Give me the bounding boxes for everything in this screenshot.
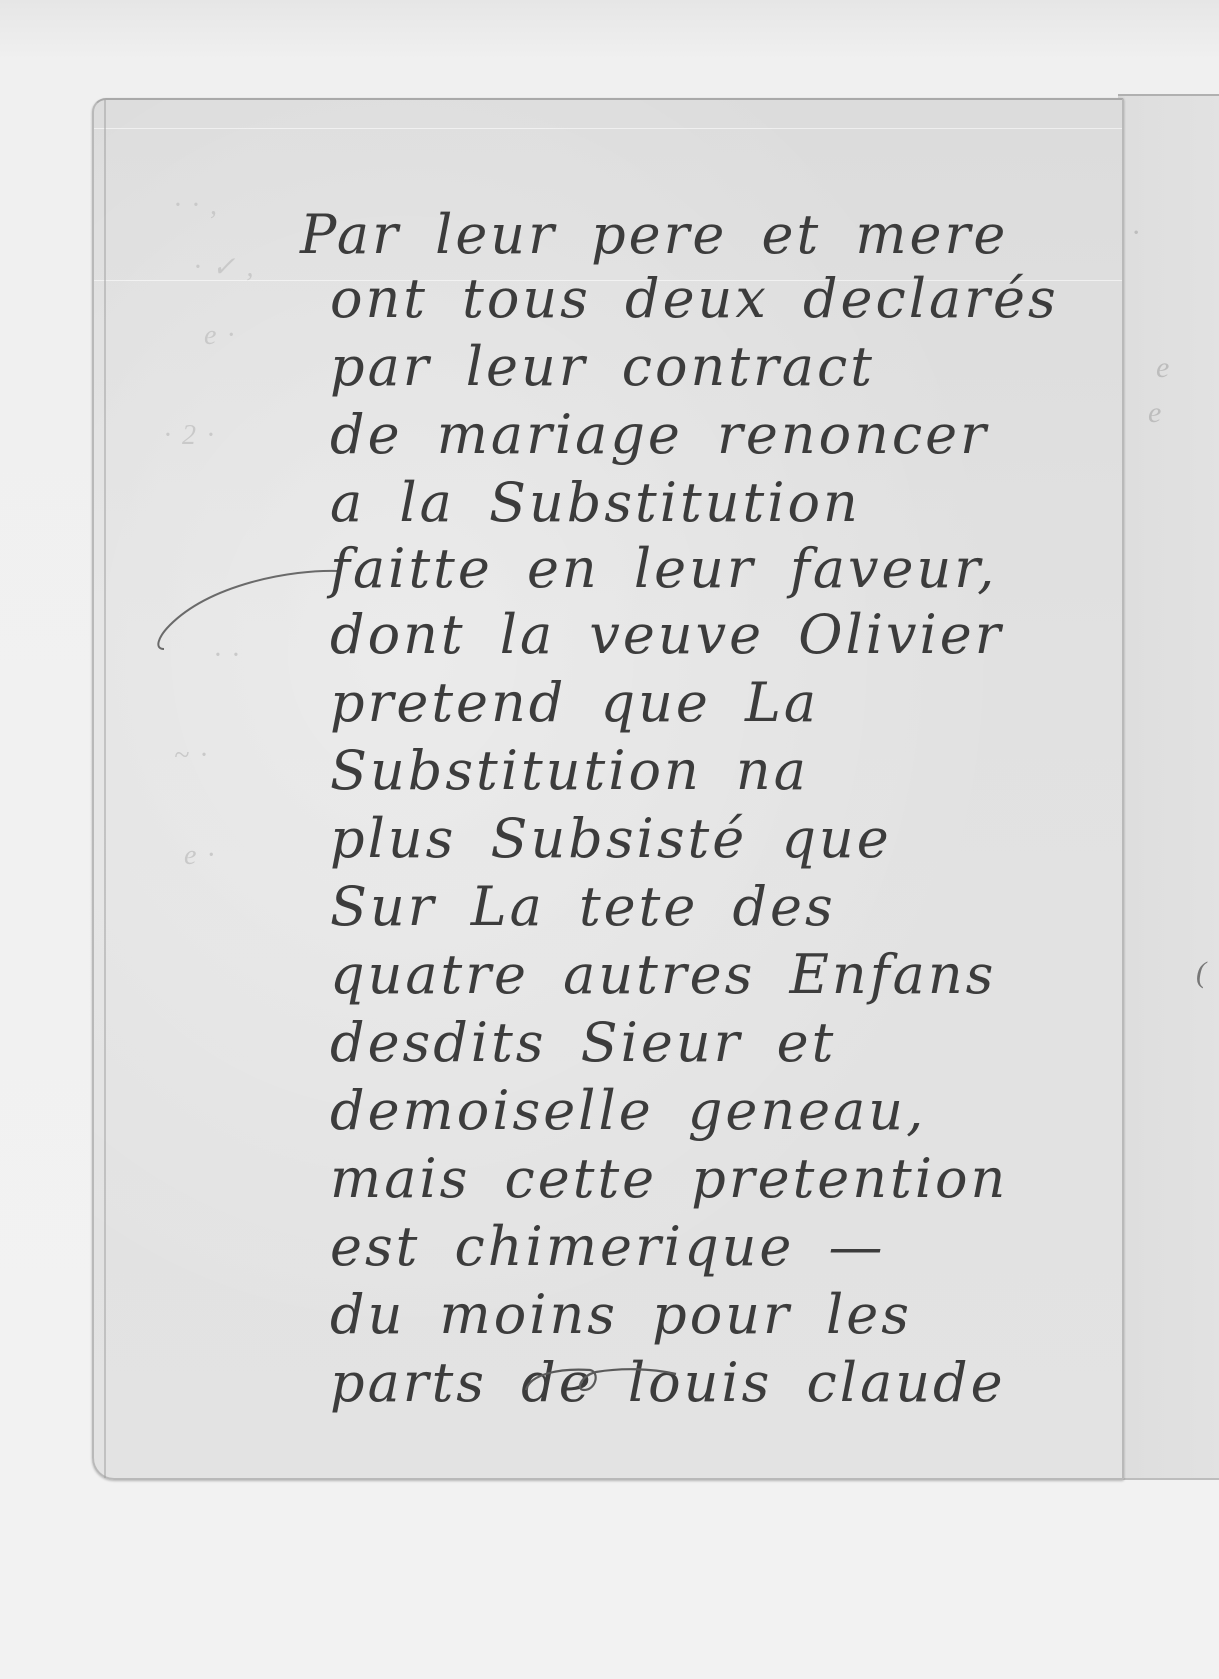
text-line: mais cette pretention xyxy=(330,1152,1008,1206)
bleed-through-mark: e · xyxy=(204,320,236,352)
text-line: Sur La tete des xyxy=(330,880,836,934)
text-line: du moins pour les xyxy=(330,1288,912,1342)
text-line: a la Substitution xyxy=(330,476,861,530)
bleed-through-mark: ~ · xyxy=(174,740,209,772)
text-line: ont tous deux declarés xyxy=(330,272,1059,326)
text-line: dont la veuve Olivier xyxy=(330,608,1004,662)
text-line: pretend que La xyxy=(330,676,819,730)
text-line: quatre autres Enfans xyxy=(330,948,996,1002)
end-flourish-icon xyxy=(520,1362,680,1402)
bleed-through-mark: · · , xyxy=(174,190,219,222)
text-line: demoiselle geneau, xyxy=(330,1084,926,1138)
margin-swash-icon xyxy=(150,565,350,665)
bleed-through-mark: ( xyxy=(1196,956,1206,990)
bleed-through-mark: · xyxy=(1132,216,1140,250)
text-line: de mariage renoncer xyxy=(330,408,989,462)
bleed-through-mark: e · xyxy=(184,840,216,872)
text-line: faitte en leur faveur, xyxy=(330,542,997,596)
text-line: par leur contract xyxy=(330,340,875,394)
adjacent-page-edge: · e e ( xyxy=(1118,94,1219,1480)
bleed-through-mark: · 2 · xyxy=(164,420,216,452)
bleed-through-mark: e xyxy=(1148,396,1161,430)
page-edge-shadow xyxy=(104,100,106,1478)
page-crease xyxy=(94,128,1122,129)
text-line: Par leur pere et mere xyxy=(300,208,1008,262)
bleed-through-mark: e xyxy=(1156,351,1169,385)
text-line: Substitution na xyxy=(330,744,809,798)
text-line: plus Subsisté que xyxy=(330,812,892,866)
text-line: est chimerique — xyxy=(330,1220,886,1274)
text-line: desdits Sieur et xyxy=(330,1016,836,1070)
bleed-through-mark: · ✓ , xyxy=(194,250,255,284)
